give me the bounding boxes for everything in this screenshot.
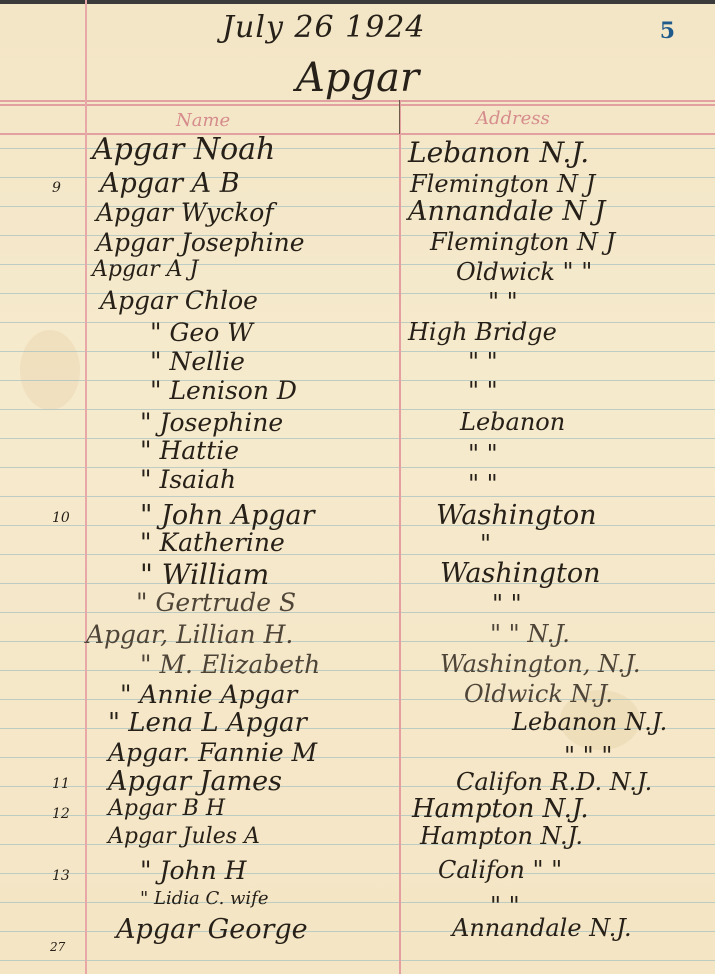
ruled-line xyxy=(0,902,715,903)
entry-name: " Nellie xyxy=(150,347,245,376)
entry-address: " " N.J. xyxy=(490,620,570,648)
entry-address: " " xyxy=(468,377,498,405)
ruled-line xyxy=(0,873,715,874)
ruled-line xyxy=(0,438,715,439)
entry-address: Flemington N J xyxy=(430,228,615,256)
entry-number: 13 xyxy=(52,868,70,884)
entry-address: Washington xyxy=(440,558,601,589)
entry-address: " " xyxy=(488,288,518,316)
margin-rule xyxy=(85,0,87,974)
column-header-address: Address xyxy=(476,108,550,129)
entry-name: Apgar Wyckof xyxy=(96,198,274,227)
entry-name: Apgar Josephine xyxy=(96,228,305,257)
entry-name: Apgar B H xyxy=(108,796,225,821)
entry-address: " " " xyxy=(564,742,612,770)
ledger-date: July 26 1924 xyxy=(222,10,425,45)
entry-name: Apgar James xyxy=(108,766,282,797)
entry-address: " " xyxy=(468,440,498,468)
ruled-line xyxy=(0,351,715,352)
entry-address: Califon " " xyxy=(438,856,562,884)
page-number: 5 xyxy=(660,18,675,44)
header-rule-top xyxy=(0,104,715,106)
entry-name: " M. Elizabeth xyxy=(140,650,320,679)
entry-address: Oldwick " " xyxy=(456,258,592,286)
ruled-line xyxy=(0,467,715,468)
entry-address: Washington xyxy=(436,500,597,531)
entry-name: " John H xyxy=(140,856,246,885)
entry-address: " " xyxy=(468,470,498,498)
entry-name: " William xyxy=(140,558,269,591)
entry-address: Annandale N J xyxy=(408,196,605,227)
entry-name: " Hattie xyxy=(140,436,239,465)
entry-number: 9 xyxy=(52,180,61,196)
entry-number: 10 xyxy=(52,510,70,526)
entry-name: " Isaiah xyxy=(140,465,236,494)
entry-name: Apgar Jules A xyxy=(108,824,260,849)
entry-address: Lebanon N.J. xyxy=(512,708,667,736)
ruled-line xyxy=(0,496,715,497)
entry-address: Hampton N.J. xyxy=(412,794,589,824)
ruled-line xyxy=(0,960,715,961)
entry-name: " Annie Apgar xyxy=(120,680,297,709)
ruled-line xyxy=(0,612,715,613)
entry-address: Washington, N.J. xyxy=(440,650,640,678)
ruled-line xyxy=(0,322,715,323)
entry-address: Flemington N J xyxy=(410,170,595,198)
entry-address: Hampton N.J. xyxy=(420,822,583,850)
entry-name: " Gertrude S xyxy=(136,588,296,617)
entry-number: 12 xyxy=(52,806,70,822)
column-divider xyxy=(399,100,401,974)
entry-name: Apgar George xyxy=(116,914,308,945)
entry-name: Apgar A B xyxy=(100,168,240,199)
footer-mark: 27 xyxy=(50,940,65,954)
entry-name: " Geo W xyxy=(150,318,253,347)
ruled-line xyxy=(0,380,715,381)
entry-address: " xyxy=(480,530,491,558)
ledger-page: July 26 1924 Apgar 5 Name Address Apgar … xyxy=(0,0,715,974)
entry-address: Oldwick N.J. xyxy=(464,680,613,708)
entry-address: High Bridge xyxy=(408,318,557,346)
entry-name: " Lenison D xyxy=(150,376,297,405)
ruled-line xyxy=(0,554,715,555)
entry-name: " Lena L Apgar xyxy=(108,708,307,738)
entry-name: " Josephine xyxy=(140,408,283,437)
entry-name: " Katherine xyxy=(140,528,285,557)
entry-address: " " xyxy=(468,348,498,376)
ruled-line xyxy=(0,583,715,584)
entry-address: Califon R.D. N.J. xyxy=(456,768,652,796)
entry-address: Lebanon xyxy=(460,408,565,436)
ruled-line xyxy=(0,525,715,526)
entry-number: 11 xyxy=(52,776,70,792)
entry-address: Lebanon N.J. xyxy=(408,136,589,169)
entry-address: Annandale N.J. xyxy=(452,914,632,942)
surname-heading: Apgar xyxy=(296,55,419,101)
entry-name: " Lidia C. wife xyxy=(140,888,269,909)
column-divider-ink xyxy=(399,100,400,134)
entry-name: " John Apgar xyxy=(140,500,315,531)
entry-name: Apgar A J xyxy=(92,257,198,282)
entry-name: Apgar Chloe xyxy=(100,286,258,315)
column-header-name: Name xyxy=(176,110,230,131)
entry-name: Apgar Noah xyxy=(92,132,275,167)
paper-stain xyxy=(20,330,80,410)
entry-name: Apgar. Fannie M xyxy=(108,738,317,767)
entry-address: " " xyxy=(492,590,522,618)
entry-name: Apgar, Lillian H. xyxy=(86,620,293,649)
ruled-line xyxy=(0,409,715,410)
